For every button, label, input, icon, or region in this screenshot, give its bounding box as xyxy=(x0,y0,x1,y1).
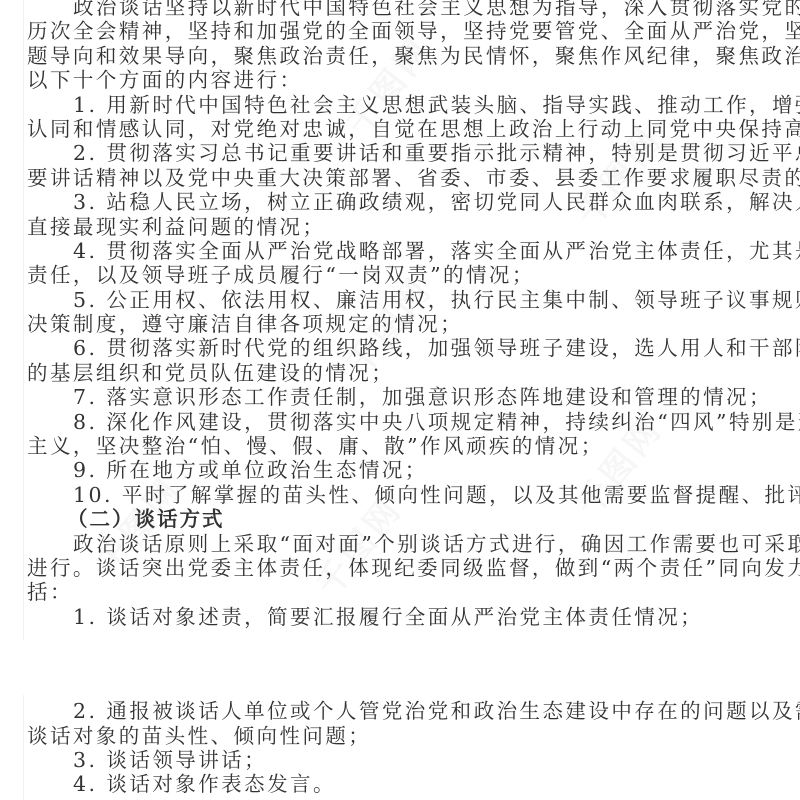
text-line: 历次全会精神，坚持和加强党的全面领导，坚持党要管党、全面从严治党，坚持使命引领、… xyxy=(27,19,787,43)
text-line: 认同和情感认同，对党绝对忠诚，自觉在思想上政治上行动上同党中央保持高度一致的情况… xyxy=(27,117,787,141)
agenda-item-4: 4. 谈话对象作表态发言。 xyxy=(27,772,787,796)
text-line: 主义，坚决整治“怕、慢、假、庸、散”作风顽疾的情况； xyxy=(27,434,787,458)
text-line: 责任，以及领导班子成员履行“一岗双责”的情况； xyxy=(27,263,787,287)
text-line: 10. 平时了解掌握的苗头性、倾向性问题，以及其他需要监督提醒、批评教育等有关情… xyxy=(27,483,787,507)
content-item-1: 1. 用新时代中国特色社会主义思想武装头脑、指导实践、推动工作，增强政治认同、思… xyxy=(27,93,787,142)
content-item-5: 5. 公正用权、依法用权、廉洁用权，执行民主集中制、领导班子议事规则和“三重一大… xyxy=(27,288,787,337)
page-left-edge-line xyxy=(23,0,24,640)
text-line: 括： xyxy=(27,580,787,604)
text-line: 4. 贯彻落实全面从严治党战略部署，落实全面从严治党主体责任，尤其是落实第一责任… xyxy=(27,239,787,263)
text-line: 7. 落实意识形态工作责任制，加强意识形态阵地建设和管理的情况； xyxy=(27,385,787,409)
text-line: 政治谈话坚持以新时代中国特色社会主义思想为指导，深入贯彻落实党的十九大和十九届 xyxy=(27,0,787,19)
text-line: 1. 谈话对象述责，简要汇报履行全面从严治党主体责任情况； xyxy=(27,605,787,629)
text-line: 5. 公正用权、依法用权、廉洁用权，执行民主集中制、领导班子议事规则和“三重一大… xyxy=(27,288,787,312)
content-item-3: 3. 站稳人民立场，树立正确政绩观，密切党同人民群众血肉联系，解决人民群众最关心… xyxy=(27,190,787,239)
content-item-9: 9. 所在地方或单位政治生态情况； xyxy=(27,458,787,482)
document-body: 政治谈话坚持以新时代中国特色社会主义思想为指导，深入贯彻落实党的十九大和十九届 … xyxy=(27,0,787,797)
text-line: 3. 站稳人民立场，树立正确政绩观，密切党同人民群众血肉联系，解决人民群众最关心… xyxy=(27,190,787,214)
text-line: 以下十个方面的内容进行： xyxy=(27,68,787,92)
agenda-item-3: 3. 谈话领导讲话； xyxy=(27,748,787,772)
text-line: 谈话对象的苗头性、倾向性问题； xyxy=(27,724,787,748)
text-line: 要讲话精神以及党中央重大决策部署、省委、市委、县委工作要求履职尽责的情况； xyxy=(27,166,787,190)
text-line: 6. 贯彻落实新时代党的组织路线，加强领导班子建设，选人用人和干部队伍建设，加强… xyxy=(27,336,787,360)
agenda-item-1: 1. 谈话对象述责，简要汇报履行全面从严治党主体责任情况； xyxy=(27,605,787,629)
text-line: 直接最现实利益问题的情况； xyxy=(27,215,787,239)
content-item-7: 7. 落实意识形态工作责任制，加强意识形态阵地建设和管理的情况； xyxy=(27,385,787,409)
page-break-gap xyxy=(27,629,787,699)
content-item-2: 2. 贯彻落实习总书记重要讲话和重要指示批示精神，特别是贯彻习近平总书记视察 x… xyxy=(27,141,787,190)
content-item-6: 6. 贯彻落实新时代党的组织路线，加强领导班子建设，选人用人和干部队伍建设，加强… xyxy=(27,336,787,385)
text-line: 决策制度，遵守廉洁自律各项规定的情况； xyxy=(27,312,787,336)
text-line: 4. 谈话对象作表态发言。 xyxy=(27,772,787,796)
document-page: 千图网 千图网 千图网 千图网 千图网 千图网 政治谈话坚持以新时代中国特色社会… xyxy=(0,0,800,800)
page-left-edge-line-next xyxy=(23,695,24,800)
content-item-10: 10. 平时了解掌握的苗头性、倾向性问题，以及其他需要监督提醒、批评教育等有关情… xyxy=(27,483,787,507)
text-line: 9. 所在地方或单位政治生态情况； xyxy=(27,458,787,482)
text-line: 2. 通报被谈话人单位或个人管党治党和政治生态建设中存在的问题以及需要监督提醒被 xyxy=(27,699,787,723)
text-line: 题导向和效果导向，聚焦政治责任，聚焦为民情怀，聚焦作风纪律，聚焦政治生态。主要围… xyxy=(27,44,787,68)
text-line: 3. 谈话领导讲话； xyxy=(27,748,787,772)
content-item-8: 8. 深化作风建设，贯彻落实中央八项规定精神，持续纠治“四风”特别是形式主义、官… xyxy=(27,410,787,459)
section-heading: （二）谈话方式 xyxy=(27,507,787,531)
text-line: 政治谈话原则上采取“面对面”个别谈话方式进行，确因工作需要也可采取集体谈话方式 xyxy=(27,532,787,556)
method-paragraph: 政治谈话原则上采取“面对面”个别谈话方式进行，确因工作需要也可采取集体谈话方式 … xyxy=(27,532,787,605)
content-item-4: 4. 贯彻落实全面从严治党战略部署，落实全面从严治党主体责任，尤其是落实第一责任… xyxy=(27,239,787,288)
intro-paragraph: 政治谈话坚持以新时代中国特色社会主义思想为指导，深入贯彻落实党的十九大和十九届 … xyxy=(27,0,787,93)
text-line: 进行。谈话突出党委主体责任，体现纪委同级监督，做到“两个责任”同向发力。主要议程… xyxy=(27,556,787,580)
text-line: 2. 贯彻落实习总书记重要讲话和重要指示批示精神，特别是贯彻习近平总书记视察 x… xyxy=(27,141,787,165)
text-line: 1. 用新时代中国特色社会主义思想武装头脑、指导实践、推动工作，增强政治认同、思… xyxy=(27,93,787,117)
agenda-item-2: 2. 通报被谈话人单位或个人管党治党和政治生态建设中存在的问题以及需要监督提醒被… xyxy=(27,699,787,748)
text-line: 8. 深化作风建设，贯彻落实中央八项规定精神，持续纠治“四风”特别是形式主义、官… xyxy=(27,410,787,434)
text-line: 的基层组织和党员队伍建设的情况； xyxy=(27,361,787,385)
